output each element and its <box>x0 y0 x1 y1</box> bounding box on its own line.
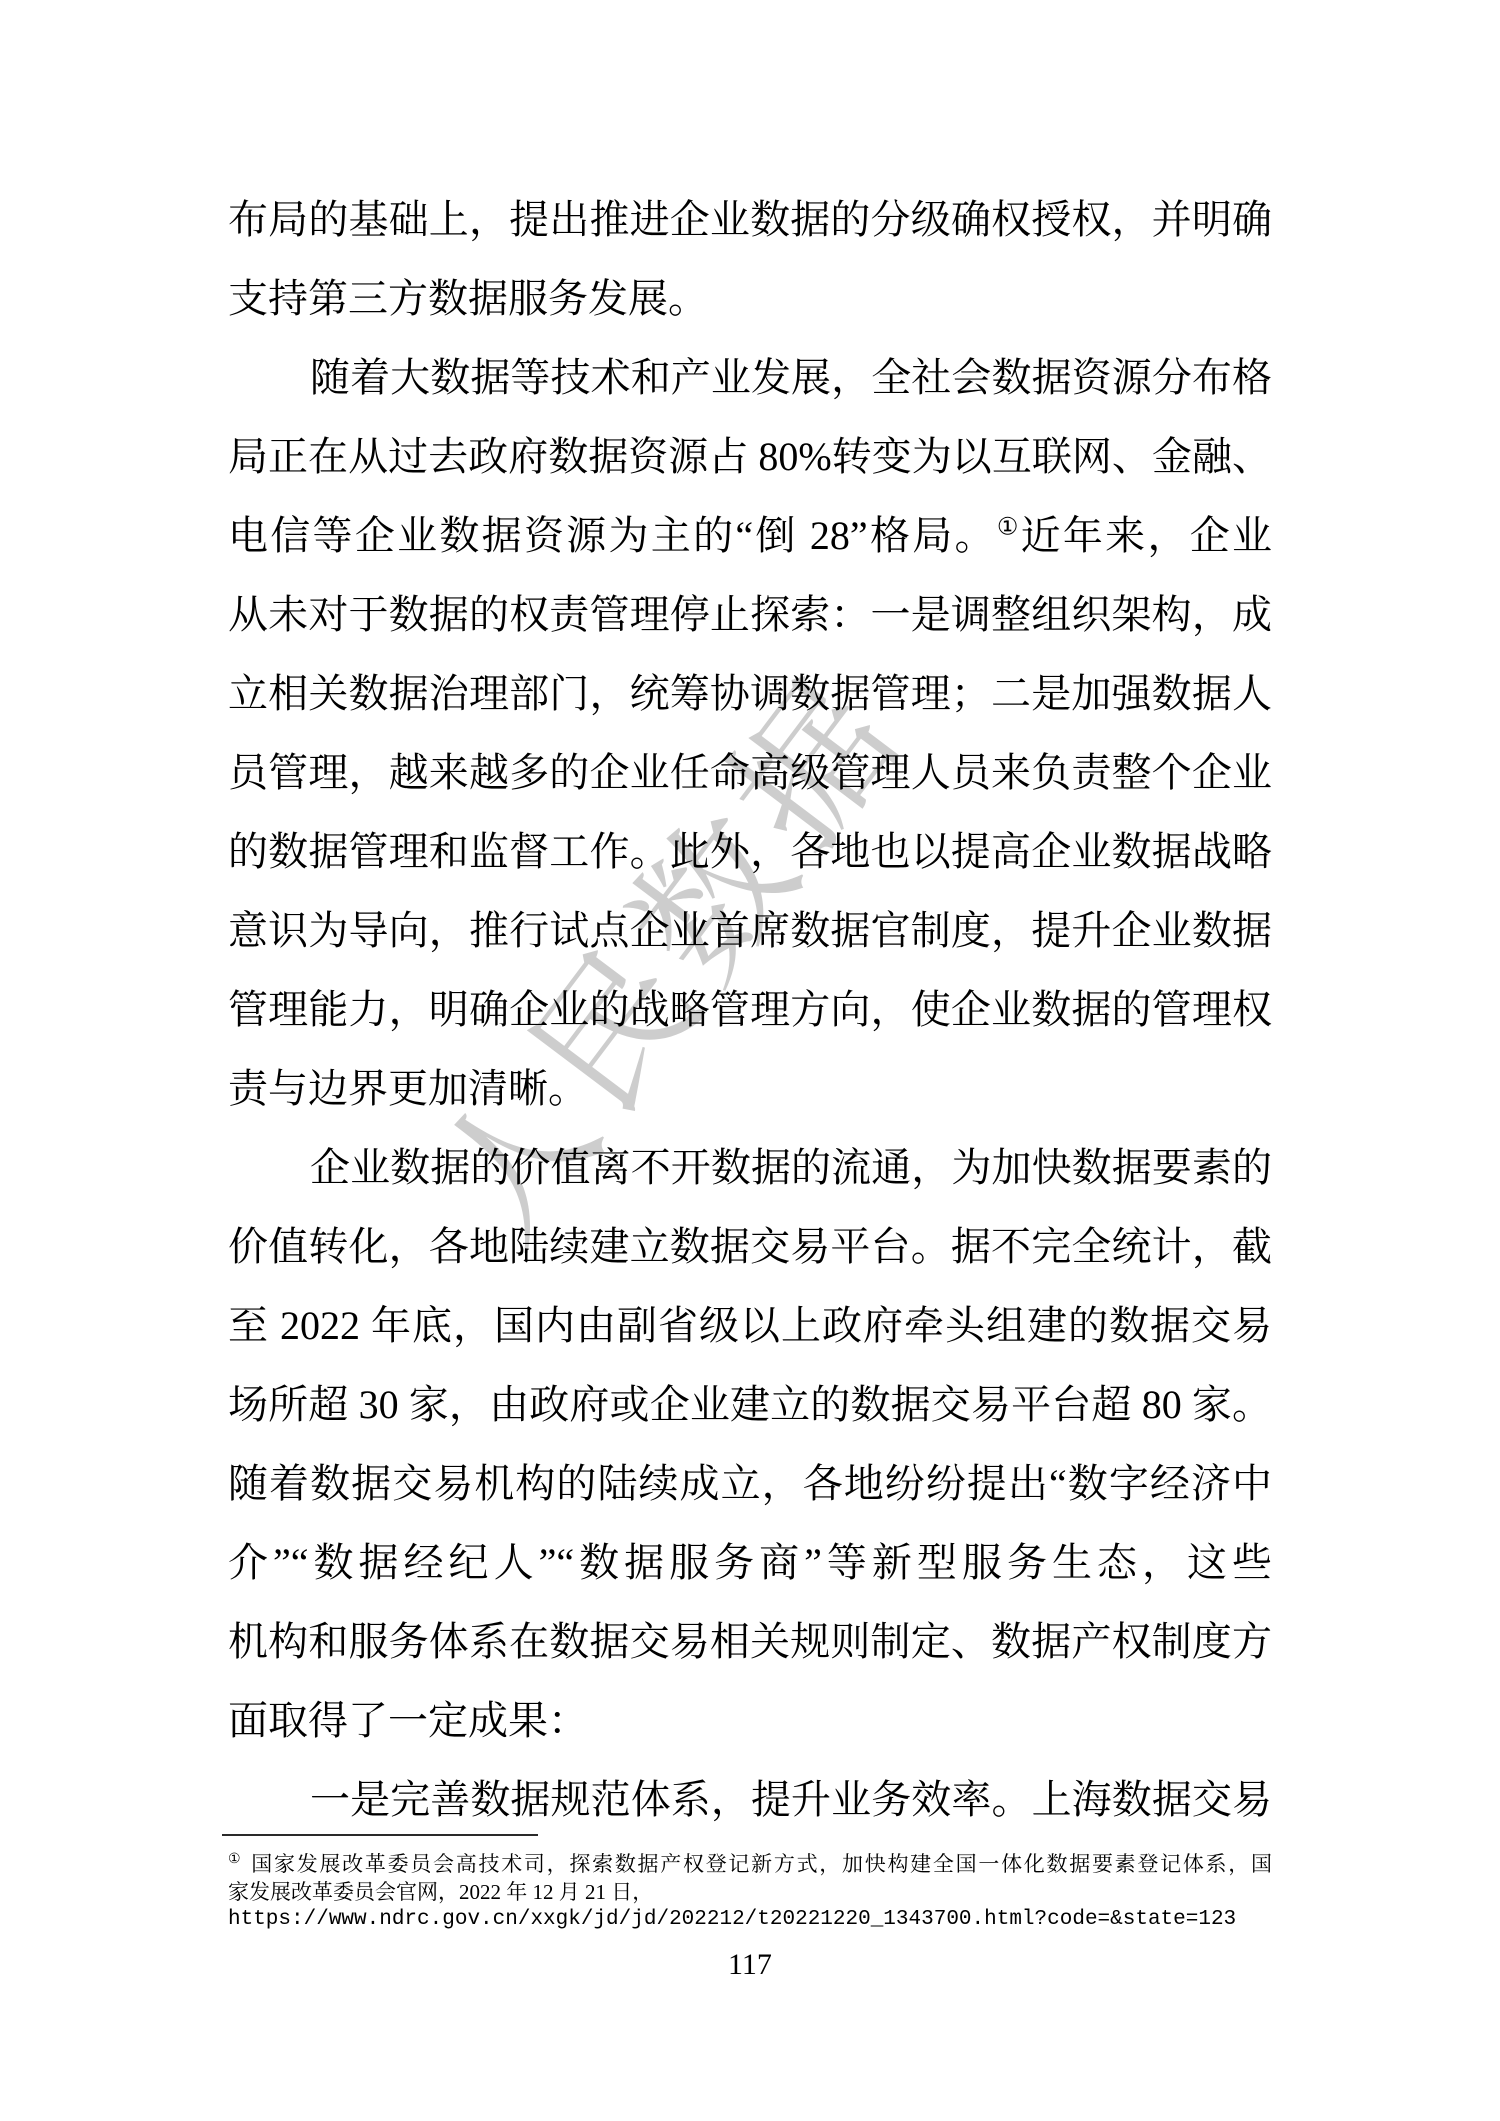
body-line-segment: 电信等企业数据资源为主的“倒 28”格局。 <box>228 513 997 558</box>
document-page: 人民数据 布局的基础上，提出推进企业数据的分级确权授权，并明确 支持第三方数据服… <box>0 0 1500 2121</box>
footnote-line: ①国家发展改革委员会高技术司，探索数据产权登记新方式，加快构建全国一体化数据要素… <box>228 1850 1272 1878</box>
footnote-reference-mark: ① <box>997 515 1021 541</box>
body-line: 企业数据的价值离不开数据的流通，为加快数据要素的 <box>228 1128 1272 1207</box>
footnote-separator <box>222 1834 538 1836</box>
body-line-with-footnote-ref: 电信等企业数据资源为主的“倒 28”格局。①近年来，企业 <box>228 496 1272 575</box>
body-line: 随着大数据等技术和产业发展，全社会数据资源分布格 <box>228 338 1272 417</box>
body-line: 责与边界更加清晰。 <box>228 1049 1272 1128</box>
footnote-line: 家发展改革委员会官网，2022 年 12 月 21 日， <box>228 1878 1272 1906</box>
footnote-marker: ① <box>228 1852 242 1867</box>
body-line: 从未对于数据的权责管理停止探索：一是调整组织架构，成 <box>228 575 1272 654</box>
body-line: 意识为导向，推行试点企业首席数据官制度，提升企业数据 <box>228 891 1272 970</box>
body-line-segment: 近年来，企业 <box>1021 513 1272 558</box>
footnote: ①国家发展改革委员会高技术司，探索数据产权登记新方式，加快构建全国一体化数据要素… <box>228 1850 1272 1934</box>
body-line: 价值转化，各地陆续建立数据交易平台。据不完全统计，截 <box>228 1207 1272 1286</box>
page-number: 117 <box>0 1948 1500 1982</box>
body-line: 立相关数据治理部门，统筹协调数据管理；二是加强数据人 <box>228 654 1272 733</box>
body-line: 布局的基础上，提出推进企业数据的分级确权授权，并明确 <box>228 180 1272 259</box>
footnote-url: https://www.ndrc.gov.cn/xxgk/jd/jd/20221… <box>228 1906 1272 1934</box>
body-text: 布局的基础上，提出推进企业数据的分级确权授权，并明确 支持第三方数据服务发展。 … <box>228 180 1272 1839</box>
body-line: 的数据管理和监督工作。此外，各地也以提高企业数据战略 <box>228 812 1272 891</box>
footnote-text: 国家发展改革委员会高技术司，探索数据产权登记新方式，加快构建全国一体化数据要素登… <box>251 1852 1272 1876</box>
body-line: 场所超 30 家，由政府或企业建立的数据交易平台超 80 家。 <box>228 1365 1272 1444</box>
body-line: 机构和服务体系在数据交易相关规则制定、数据产权制度方 <box>228 1602 1272 1681</box>
body-line: 介”“数据经纪人”“数据服务商”等新型服务生态，这些 <box>228 1523 1272 1602</box>
body-line: 员管理，越来越多的企业任命高级管理人员来负责整个企业 <box>228 733 1272 812</box>
body-line: 至 2022 年底，国内由副省级以上政府牵头组建的数据交易 <box>228 1286 1272 1365</box>
body-line: 管理能力，明确企业的战略管理方向，使企业数据的管理权 <box>228 970 1272 1049</box>
body-line: 一是完善数据规范体系，提升业务效率。上海数据交易 <box>228 1760 1272 1839</box>
body-line: 支持第三方数据服务发展。 <box>228 259 1272 338</box>
body-line: 面取得了一定成果： <box>228 1681 1272 1760</box>
body-line: 随着数据交易机构的陆续成立，各地纷纷提出“数字经济中 <box>228 1444 1272 1523</box>
body-line: 局正在从过去政府数据资源占 80%转变为以互联网、金融、 <box>228 417 1272 496</box>
